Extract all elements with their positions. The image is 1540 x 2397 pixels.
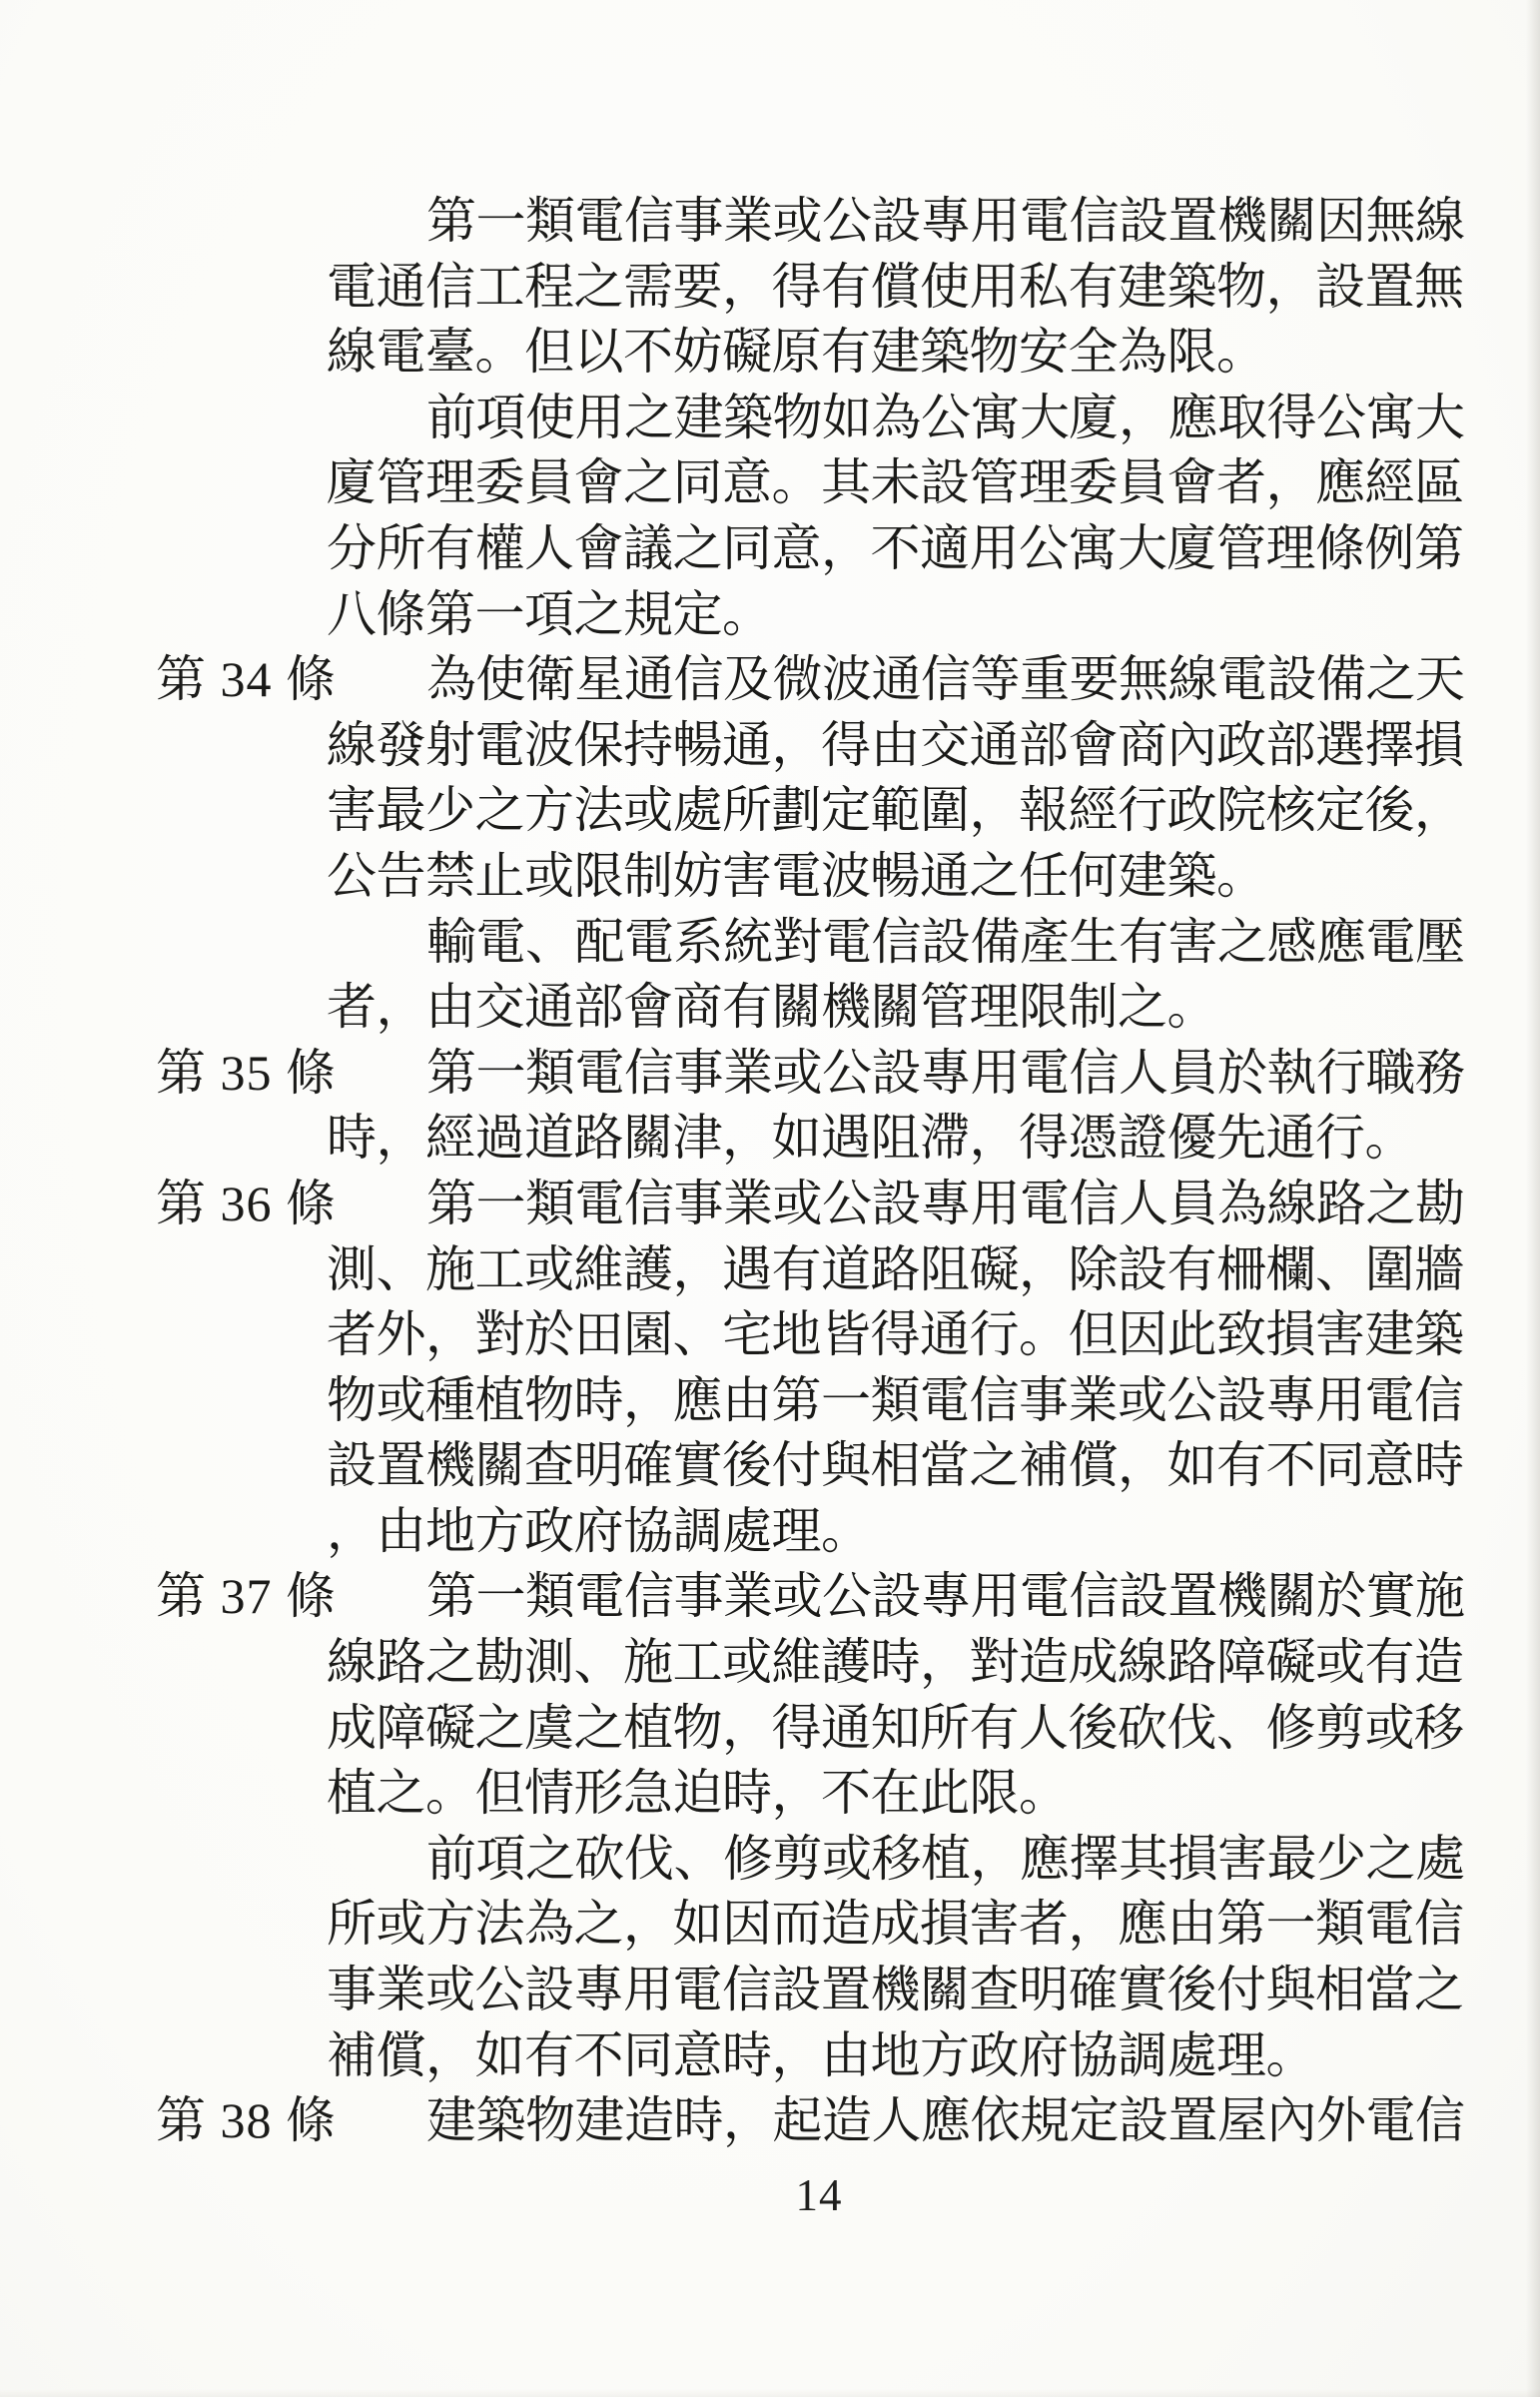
document-line: 害最少之方法或處所劃定範圍，報經行政院核定後， [327,778,1485,844]
document-line: 廈管理委員會之同意。其未設管理委員會者，應經區 [327,450,1485,516]
document-line: 線電臺。但以不妨礙原有建築物安全為限。 [327,320,1485,386]
line-text: 第一類電信事業或公設專用電信設置機關因無線 [327,189,1465,255]
line-text: 廈管理委員會之同意。其未設管理委員會者，應經區 [327,450,1464,516]
article-number: 第 36 條 [156,1172,337,1237]
document-line: 第 34 條 為使衛星通信及微波通信等重要無線電設備之天 [327,647,1485,713]
article-number: 第 34 條 [156,647,337,713]
line-text: 時，經過道路關津，如遇阻滯，得憑證優先通行。 [327,1106,1414,1172]
line-text: 線電臺。但以不妨礙原有建築物安全為限。 [327,320,1266,386]
line-text: 者外，對於田園、宅地皆得通行。但因此致損害建築 [327,1302,1464,1368]
article-number: 第 35 條 [156,1041,337,1107]
document-line: 時，經過道路關津，如遇阻滯，得憑證優先通行。 [327,1106,1485,1172]
line-text: 第一類電信事業或公設專用電信人員於執行職務 [327,1041,1465,1107]
article-number: 第 38 條 [156,2088,337,2154]
line-text: ，由地方政府協調處理。 [327,1499,871,1565]
document-line: 測、施工或維護，遇有道路阻礙，除設有柵欄、圍牆 [327,1237,1485,1303]
document-line: 物或種植物時，應由第一類電信事業或公設專用電信 [327,1368,1485,1434]
line-text: 所或方法為之，如因而造成損害者，應由第一類電信 [327,1892,1464,1958]
line-text: 植之。但情形急迫時，不在此限。 [327,1761,1069,1827]
document-line: 第 35 條 第一類電信事業或公設專用電信人員於執行職務 [327,1041,1485,1107]
line-text: 成障礙之虞之植物，得通知所有人後砍伐、修剪或移 [327,1696,1464,1762]
document-text-block: 第一類電信事業或公設專用電信設置機關因無線 電通信工程之需要，得有償使用私有建築… [327,189,1485,2154]
document-line: 前項使用之建築物如為公寓大廈，應取得公寓大 [327,386,1485,451]
document-line: 分所有權人會議之同意，不適用公寓大廈管理條例第 [327,516,1485,582]
document-line: 電通信工程之需要，得有償使用私有建築物，設置無 [327,255,1485,321]
document-line: 者，由交通部會商有關機關管理限制之。 [327,975,1485,1041]
line-text: 公告禁止或限制妨害電波暢通之任何建築。 [327,844,1266,910]
document-line: 者外，對於田園、宅地皆得通行。但因此致損害建築 [327,1302,1485,1368]
line-text: 建築物建造時，起造人應依規定設置屋內外電信 [327,2088,1465,2154]
scan-edge-shadow-bottom [0,2389,1540,2397]
line-text: 第一類電信事業或公設專用電信人員為線路之勘 [327,1172,1465,1237]
line-text: 第一類電信事業或公設專用電信設置機關於實施 [327,1564,1465,1630]
line-text: 事業或公設專用電信設置機關查明確實後付與相當之 [327,1958,1464,2023]
line-text: 輸電、配電系統對電信設備產生有害之感應電壓 [327,910,1465,976]
line-text: 分所有權人會議之同意，不適用公寓大廈管理條例第 [327,516,1464,582]
line-text: 電通信工程之需要，得有償使用私有建築物，設置無 [327,255,1464,321]
line-text: 物或種植物時，應由第一類電信事業或公設專用電信 [327,1368,1464,1434]
document-line: 所或方法為之，如因而造成損害者，應由第一類電信 [327,1892,1485,1958]
document-line: 設置機關查明確實後付與相當之補償，如有不同意時 [327,1433,1485,1499]
line-text: 設置機關查明確實後付與相當之補償，如有不同意時 [327,1433,1464,1499]
line-text: 八條第一項之規定。 [327,582,772,648]
document-line: 公告禁止或限制妨害電波暢通之任何建築。 [327,844,1485,910]
document-line: 線發射電波保持暢通，得由交通部會商內政部選擇損 [327,713,1485,779]
document-line: 第 38 條 建築物建造時，起造人應依規定設置屋內外電信 [327,2088,1485,2154]
document-line: 事業或公設專用電信設置機關查明確實後付與相當之 [327,1958,1485,2023]
document-line: 八條第一項之規定。 [327,582,1485,648]
line-text: 前項使用之建築物如為公寓大廈，應取得公寓大 [327,386,1465,451]
line-text: 測、施工或維護，遇有道路阻礙，除設有柵欄、圍牆 [327,1237,1464,1303]
scan-edge-shadow [1526,0,1540,2397]
document-line: 植之。但情形急迫時，不在此限。 [327,1761,1485,1827]
document-line: 第 37 條 第一類電信事業或公設專用電信設置機關於實施 [327,1564,1485,1630]
document-line: 第一類電信事業或公設專用電信設置機關因無線 [327,189,1485,255]
line-text: 為使衛星通信及微波通信等重要無線電設備之天 [327,647,1465,713]
line-text: 補償，如有不同意時，由地方政府協調處理。 [327,2023,1315,2089]
page-number: 14 [759,2169,879,2221]
document-line: 補償，如有不同意時，由地方政府協調處理。 [327,2023,1485,2089]
article-number: 第 37 條 [156,1564,337,1630]
scanned-document-page: 第一類電信事業或公設專用電信設置機關因無線 電通信工程之需要，得有償使用私有建築… [0,0,1540,2397]
document-line: ，由地方政府協調處理。 [327,1499,1485,1565]
document-line: 成障礙之虞之植物，得通知所有人後砍伐、修剪或移 [327,1696,1485,1762]
line-text: 線發射電波保持暢通，得由交通部會商內政部選擇損 [327,713,1464,779]
line-text: 害最少之方法或處所劃定範圍，報經行政院核定後， [327,778,1464,844]
line-text: 前項之砍伐、修剪或移植，應擇其損害最少之處 [327,1827,1465,1893]
document-line: 輸電、配電系統對電信設備產生有害之感應電壓 [327,910,1485,976]
document-line: 第 36 條 第一類電信事業或公設專用電信人員為線路之勘 [327,1172,1485,1237]
line-text: 線路之勘測、施工或維護時，對造成線路障礙或有造 [327,1630,1464,1696]
line-text: 者，由交通部會商有關機關管理限制之。 [327,975,1216,1041]
document-line: 前項之砍伐、修剪或移植，應擇其損害最少之處 [327,1827,1485,1893]
document-line: 線路之勘測、施工或維護時，對造成線路障礙或有造 [327,1630,1485,1696]
